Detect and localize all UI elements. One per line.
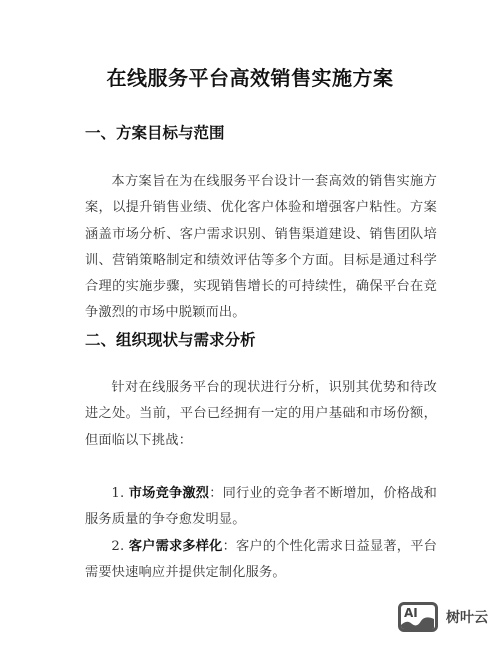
brand-name: 树叶云 [446, 607, 488, 627]
list-item-number: 2. [111, 539, 124, 554]
mountain-icon [401, 615, 434, 629]
section-heading-2: 二、组织现状与需求分析 [85, 328, 256, 350]
document-title: 在线服务平台高效销售实施方案 [0, 62, 500, 91]
list-item-separator: ： [223, 539, 236, 554]
section-1-paragraph: 本方案旨在为在线服务平台设计一套高效的销售实施方案，以提升销售业绩、优化客户体验… [85, 169, 437, 327]
ai-image-icon: AI [398, 602, 438, 632]
list-item-1: 1. 市场竞争激烈：同行业的竞争者不断增加，价格战和服务质量的争夺愈发明显。 [85, 481, 437, 534]
section-heading-1: 一、方案目标与范围 [85, 121, 225, 143]
list-item-label: 客户需求多样化 [129, 539, 223, 554]
watermark-logo: AI 树叶云 [398, 602, 488, 632]
section-2-paragraph: 针对在线服务平台的现状进行分析，识别其优势和待改进之处。当前，平台已经拥有一定的… [85, 375, 437, 454]
list-item-2: 2. 客户需求多样化：客户的个性化需求日益显著，平台需要快速响应并提供定制化服务… [85, 534, 437, 587]
list-item-number: 1. [111, 486, 124, 501]
list-item-label: 市场竞争激烈 [129, 486, 209, 501]
list-item-separator: ： [209, 486, 222, 501]
